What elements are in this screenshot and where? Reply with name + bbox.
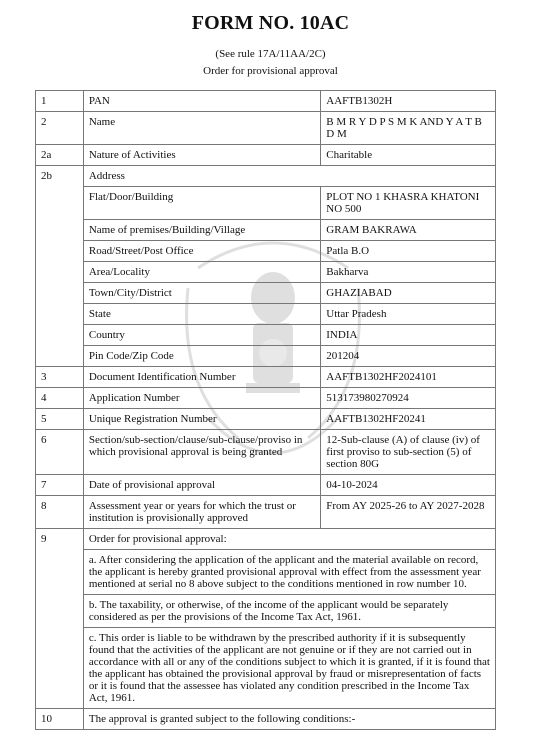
row-label: PAN xyxy=(83,91,320,112)
address-label: Flat/Door/Building xyxy=(83,187,320,220)
row-number: 3 xyxy=(36,367,84,388)
row-label: Document Identification Number xyxy=(83,367,320,388)
form-table: 1 PAN AAFTB1302H 2 Name B M R Y D P S M … xyxy=(35,90,496,730)
pan-value: AAFTB1302H xyxy=(321,91,496,112)
clause-b: b. The taxability, or otherwise, of the … xyxy=(83,595,495,628)
table-row: 9 Order for provisional approval: xyxy=(36,529,496,550)
address-value: Patla B.O xyxy=(321,241,496,262)
address-row: Name of premises/Building/Village GRAM B… xyxy=(36,220,496,241)
table-row: 1 PAN AAFTB1302H xyxy=(36,91,496,112)
address-value: 201204 xyxy=(321,346,496,367)
table-row: 2b Address xyxy=(36,166,496,187)
row-label: Nature of Activities xyxy=(83,145,320,166)
table-row: 5 Unique Registration Number AAFTB1302HF… xyxy=(36,409,496,430)
address-row: Pin Code/Zip Code 201204 xyxy=(36,346,496,367)
address-value: INDIA xyxy=(321,325,496,346)
assessment-year-value: From AY 2025-26 to AY 2027-2028 xyxy=(321,496,496,529)
table-row: 2 Name B M R Y D P S M K AND Y A T B D M xyxy=(36,112,496,145)
approval-date-value: 04-10-2024 xyxy=(321,475,496,496)
row-label: Address xyxy=(83,166,495,187)
address-value: GRAM BAKRAWA xyxy=(321,220,496,241)
row-label: Section/sub-section/clause/sub-clause/pr… xyxy=(83,430,320,475)
name-value: B M R Y D P S M K AND Y A T B D M xyxy=(321,112,496,145)
row-number: 2 xyxy=(36,112,84,145)
row-number: 2a xyxy=(36,145,84,166)
clause-row: c. This order is liable to be withdrawn … xyxy=(36,628,496,709)
table-row: 4 Application Number 513173980270924 xyxy=(36,388,496,409)
form-title: FORM NO. 10AC xyxy=(0,12,541,35)
address-row: Road/Street/Post Office Patla B.O xyxy=(36,241,496,262)
address-row: Area/Locality Bakharva xyxy=(36,262,496,283)
row-number: 4 xyxy=(36,388,84,409)
row-label: Date of provisional approval xyxy=(83,475,320,496)
address-label: Area/Locality xyxy=(83,262,320,283)
din-value: AAFTB1302HF2024101 xyxy=(321,367,496,388)
table-row: 7 Date of provisional approval 04-10-202… xyxy=(36,475,496,496)
address-value: GHAZIABAD xyxy=(321,283,496,304)
row-number: 6 xyxy=(36,430,84,475)
address-value: Bakharva xyxy=(321,262,496,283)
row-label: Application Number xyxy=(83,388,320,409)
address-row: Flat/Door/Building PLOT NO 1 KHASRA KHAT… xyxy=(36,187,496,220)
address-value: PLOT NO 1 KHASRA KHATONI NO 500 xyxy=(321,187,496,220)
clause-row: b. The taxability, or otherwise, of the … xyxy=(36,595,496,628)
form-rule: (See rule 17A/11AA/2C) xyxy=(0,48,541,60)
row-number: 9 xyxy=(36,529,84,709)
address-value: Uttar Pradesh xyxy=(321,304,496,325)
application-number-value: 513173980270924 xyxy=(321,388,496,409)
form-subtitle: Order for provisional approval xyxy=(0,65,541,77)
address-label: State xyxy=(83,304,320,325)
row-number: 5 xyxy=(36,409,84,430)
table-row: 8 Assessment year or years for which the… xyxy=(36,496,496,529)
section-value: 12-Sub-clause (A) of clause (iv) of firs… xyxy=(321,430,496,475)
clause-c: c. This order is liable to be withdrawn … xyxy=(83,628,495,709)
row-label: Assessment year or years for which the t… xyxy=(83,496,320,529)
row-label: Order for provisional approval: xyxy=(83,529,495,550)
urn-value: AAFTB1302HF20241 xyxy=(321,409,496,430)
table-row: 10 The approval is granted subject to th… xyxy=(36,709,496,730)
row-label: Unique Registration Number xyxy=(83,409,320,430)
row-number: 10 xyxy=(36,709,84,730)
clause-a: a. After considering the application of … xyxy=(83,550,495,595)
address-label: Country xyxy=(83,325,320,346)
table-row: 2a Nature of Activities Charitable xyxy=(36,145,496,166)
address-label: Pin Code/Zip Code xyxy=(83,346,320,367)
row-label: The approval is granted subject to the f… xyxy=(83,709,495,730)
row-number: 1 xyxy=(36,91,84,112)
row-number: 7 xyxy=(36,475,84,496)
row-number: 2b xyxy=(36,166,84,367)
address-label: Road/Street/Post Office xyxy=(83,241,320,262)
address-row: State Uttar Pradesh xyxy=(36,304,496,325)
row-label: Name xyxy=(83,112,320,145)
address-row: Town/City/District GHAZIABAD xyxy=(36,283,496,304)
nature-value: Charitable xyxy=(321,145,496,166)
address-label: Name of premises/Building/Village xyxy=(83,220,320,241)
row-number: 8 xyxy=(36,496,84,529)
clause-row: a. After considering the application of … xyxy=(36,550,496,595)
address-row: Country INDIA xyxy=(36,325,496,346)
table-row: 6 Section/sub-section/clause/sub-clause/… xyxy=(36,430,496,475)
table-row: 3 Document Identification Number AAFTB13… xyxy=(36,367,496,388)
address-label: Town/City/District xyxy=(83,283,320,304)
